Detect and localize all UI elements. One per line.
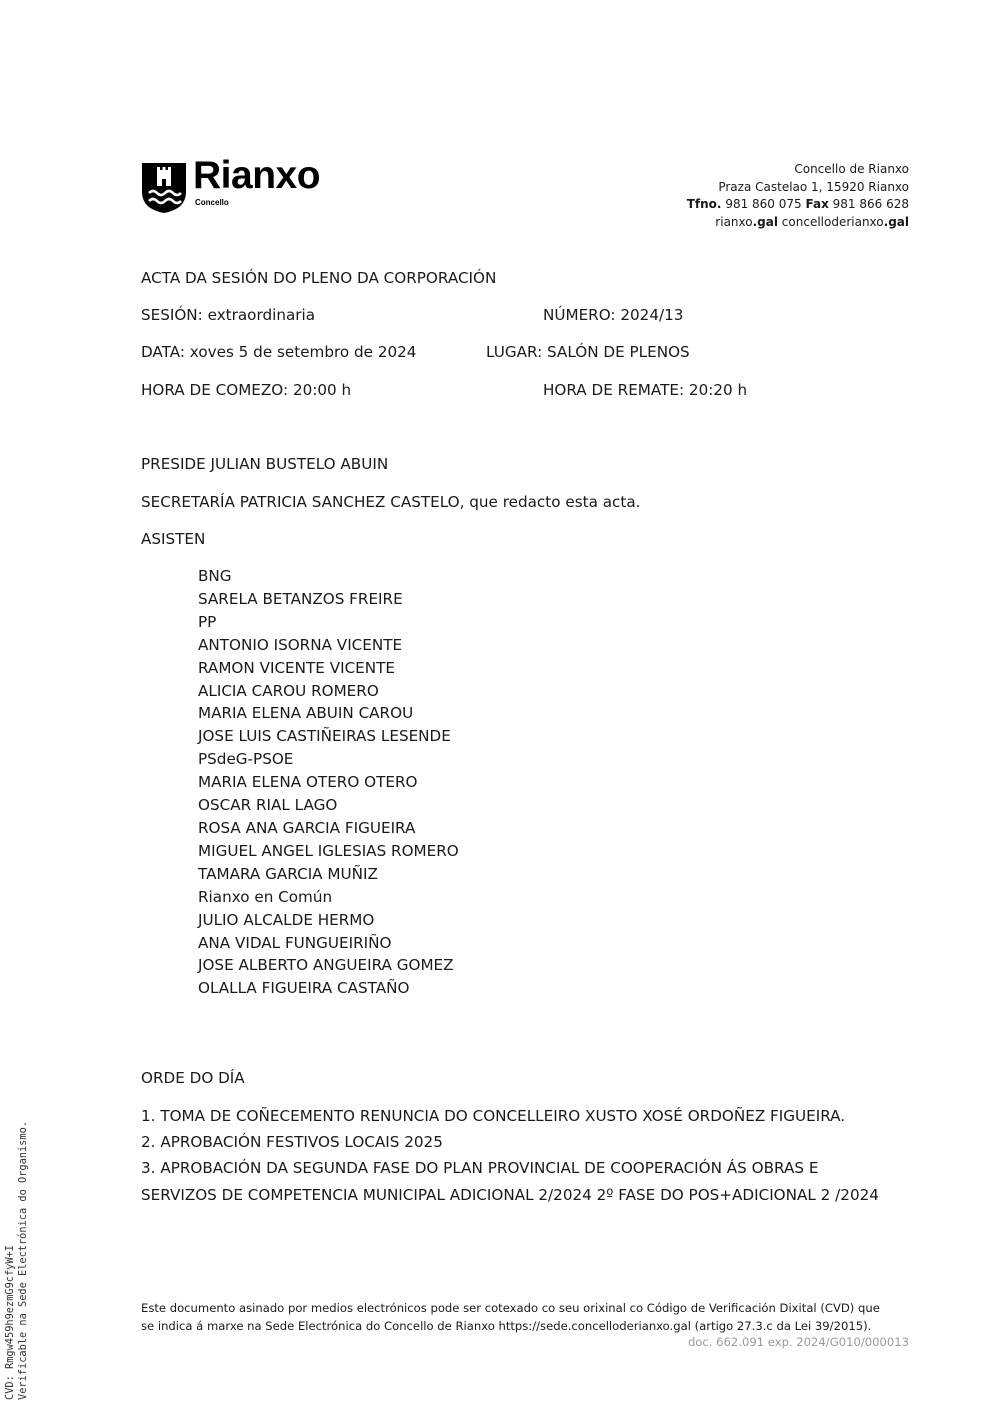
notice-line: se indica á marxe na Sede Electrónica do… [141,1318,911,1336]
list-item: ANTONIO ISORNA VICENTE [198,634,459,657]
session-number: NÚMERO: 2024/13 [543,305,683,325]
list-item: BNG [198,565,459,588]
list-item: TAMARA GARCIA MUÑIZ [198,863,459,886]
web1-name: rianxo [715,215,752,229]
logo: Rianxo Concello [141,162,346,216]
list-item: OLALLA FIGUEIRA CASTAÑO [198,977,459,1000]
list-item: MARIA ELENA ABUIN CAROU [198,702,459,725]
session-type: SESIÓN: extraordinaria [141,305,315,325]
list-item: MARIA ELENA OTERO OTERO [198,771,459,794]
attendees-heading: ASISTEN [141,529,205,549]
agenda-item: 1. TOMA DE COÑECEMENTO RENUNCIA DO CONCE… [141,1103,879,1129]
list-item: ROSA ANA GARCIA FIGUEIRA [198,817,459,840]
document-title: ACTA DA SESIÓN DO PLENO DA CORPORACIÓN [141,268,496,288]
cvd-code: CVD: Rmgw459h9ezmG9cfyW+I [4,1121,17,1400]
address-contact: Tfno. 981 860 075 Fax 981 866 628 [687,196,909,214]
list-item: PP [198,611,459,634]
fax-label: Fax [805,197,828,211]
list-item: JOSE ALBERTO ANGUEIRA GOMEZ [198,954,459,977]
address-line2: Praza Castelao 1, 15920 Rianxo [687,179,909,197]
shield-castle-waves-icon [141,162,187,214]
logo-wordmark: Rianxo [193,156,320,195]
list-item: SARELA BETANZOS FREIRE [198,588,459,611]
session-date: DATA: xoves 5 de setembro de 2024 [141,342,416,362]
web2-name: concelloderianxo [782,215,884,229]
cvd-verifiable-note: Verificable na Sede Electrónica do Organ… [17,1121,30,1400]
web1-tld: .gal [753,215,778,229]
agenda-item: 3. APROBACIÓN DA SEGUNDA FASE DO PLAN PR… [141,1155,879,1181]
fax-number: 981 866 628 [833,197,909,211]
phone-number: 981 860 075 [725,197,801,211]
header-address: Concello de Rianxo Praza Castelao 1, 159… [687,161,909,231]
agenda-item: 2. APROBACIÓN FESTIVOS LOCAIS 2025 [141,1129,879,1155]
list-item: JOSE LUIS CASTIÑEIRAS LESENDE [198,725,459,748]
verification-notice: Este documento asinado por medios electr… [141,1300,911,1335]
session-place: LUGAR: SALÓN DE PLENOS [486,342,690,362]
notice-line: Este documento asinado por medios electr… [141,1300,911,1318]
agenda-heading: ORDE DO DÍA [141,1068,245,1088]
address-web: rianxo.gal concelloderianxo.gal [687,214,909,232]
list-item: RAMON VICENTE VICENTE [198,657,459,680]
list-item: PSdeG-PSOE [198,748,459,771]
phone-label: Tfno. [687,197,722,211]
agenda-list: 1. TOMA DE COÑECEMENTO RENUNCIA DO CONCE… [141,1103,879,1208]
list-item: Rianxo en Común [198,886,459,909]
margin-cvd: CVD: Rmgw459h9ezmG9cfyW+I Verificable na… [4,1121,30,1400]
agenda-item: SERVIZOS DE COMPETENCIA MUNICIPAL ADICIO… [141,1182,879,1208]
web2-tld: .gal [884,215,909,229]
address-line1: Concello de Rianxo [687,161,909,179]
secretary: SECRETARÍA PATRICIA SANCHEZ CASTELO, que… [141,492,640,512]
list-item: JULIO ALCALDE HERMO [198,909,459,932]
list-item: MIGUEL ANGEL IGLESIAS ROMERO [198,840,459,863]
end-time: HORA DE REMATE: 20:20 h [543,380,747,400]
start-time: HORA DE COMEZO: 20:00 h [141,380,351,400]
list-item: ALICIA CAROU ROMERO [198,680,459,703]
presides: PRESIDE JULIAN BUSTELO ABUIN [141,454,388,474]
logo-subtitle: Concello [195,198,229,207]
list-item: ANA VIDAL FUNGUEIRIÑO [198,932,459,955]
document-reference: doc. 662.091 exp. 2024/G010/000013 [688,1335,909,1349]
list-item: OSCAR RIAL LAGO [198,794,459,817]
attendees-list: BNG SARELA BETANZOS FREIRE PP ANTONIO IS… [198,565,459,1000]
